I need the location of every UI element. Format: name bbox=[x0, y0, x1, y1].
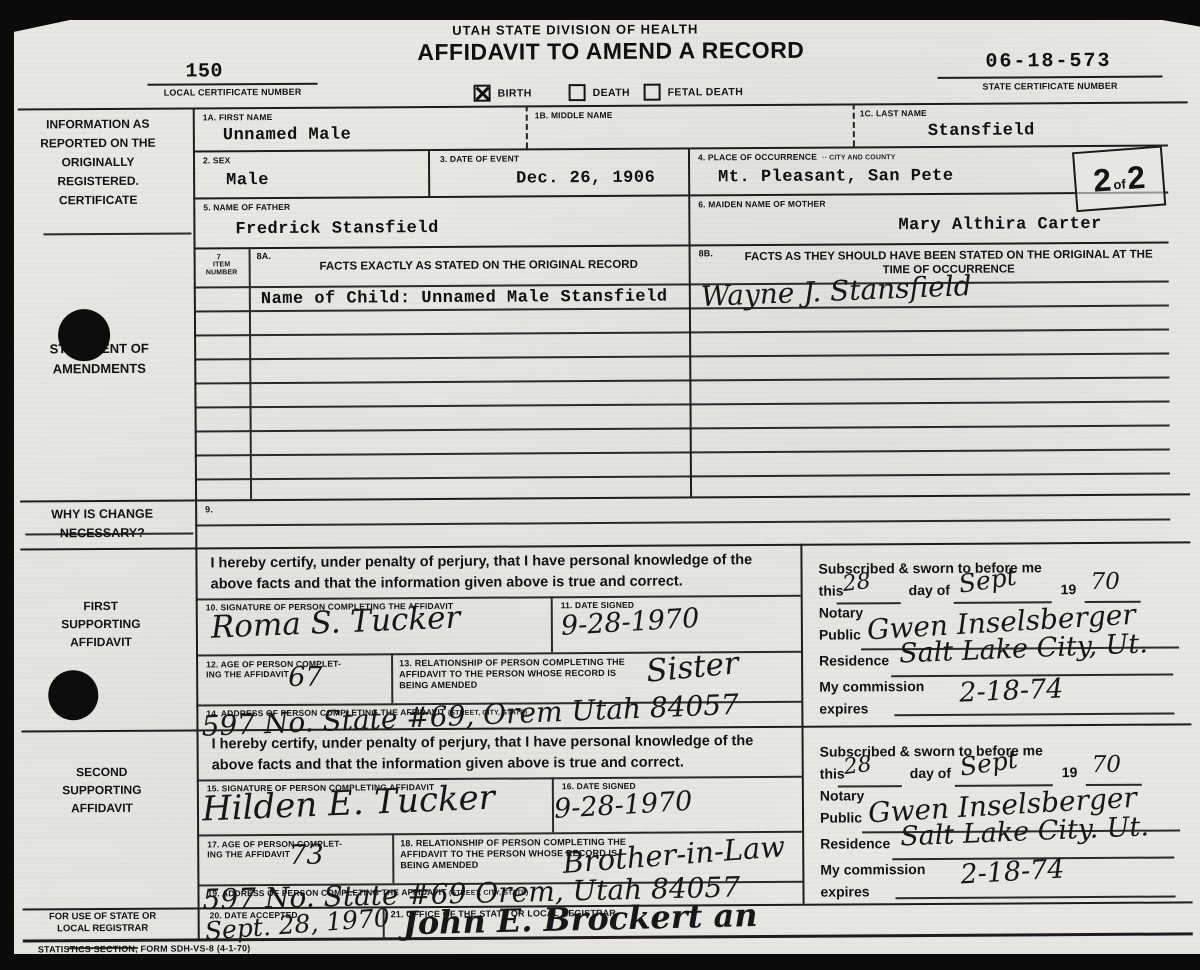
commission-label-1: My commission bbox=[819, 678, 924, 695]
notary-label-1: Notary bbox=[819, 604, 863, 620]
paper: UTAH STATE DIVISION OF HEALTH AFFIDAVIT … bbox=[14, 20, 1200, 954]
local-certificate-number: 150 bbox=[185, 60, 223, 83]
col-8b-number: 8B. bbox=[699, 248, 714, 258]
grid-line bbox=[194, 353, 1169, 360]
sex-label: 2. SEX bbox=[203, 155, 230, 165]
first-name-label: 1A. FIRST NAME bbox=[203, 112, 273, 122]
this-label-1: this bbox=[819, 583, 844, 599]
name-divider bbox=[853, 103, 857, 146]
side-label-why-change: WHY IS CHANGE NECESSARY? bbox=[22, 505, 182, 544]
local-certificate-label: LOCAL CERTIFICATE NUMBER bbox=[148, 87, 318, 98]
sworn-year-1: 70 bbox=[1091, 569, 1120, 595]
death-checkbox-label: DEATH bbox=[593, 86, 630, 98]
hole-punch bbox=[58, 309, 110, 361]
expires-value-2: 2-18-74 bbox=[960, 853, 1066, 890]
day-of-label-1: day of bbox=[909, 582, 950, 598]
col-8a-header: FACTS EXACTLY AS STATED ON THE ORIGINAL … bbox=[284, 258, 674, 274]
fetal-death-checkbox-icon bbox=[644, 84, 661, 101]
sworn-day-1: 28 bbox=[841, 569, 872, 597]
grid-line bbox=[194, 377, 1169, 384]
cell-divider bbox=[391, 653, 393, 703]
day-of-label-2: day of bbox=[910, 765, 951, 781]
row-line bbox=[197, 776, 802, 781]
year-prefix-2: 19 bbox=[1062, 764, 1078, 780]
grid-line bbox=[195, 425, 1170, 432]
grid-line bbox=[195, 473, 1170, 480]
date-of-event-label: 3. DATE OF EVENT bbox=[440, 153, 519, 163]
public-label-2: Public bbox=[820, 809, 862, 825]
father-name-value: Fredrick Stansfield bbox=[235, 219, 438, 239]
row-line bbox=[193, 145, 1168, 153]
relationship-1-value: Sister bbox=[645, 645, 741, 689]
side-column-divider bbox=[193, 107, 200, 938]
sworn-year-2: 70 bbox=[1092, 752, 1121, 778]
notary-label-2: Notary bbox=[820, 787, 864, 803]
name-divider bbox=[526, 105, 530, 148]
age-2-label-line2: ING THE AFFIDAVIT bbox=[207, 849, 290, 860]
checkbox-fetal-death: FETAL DEATH bbox=[644, 83, 744, 101]
item-column-divider bbox=[249, 247, 252, 499]
side-label-second-affidavit: SECOND SUPPORTING AFFIDAVIT bbox=[47, 763, 157, 818]
mother-name-label: 6. MAIDEN NAME OF MOTHER bbox=[698, 199, 825, 210]
stamp-current-page: 2 bbox=[1092, 161, 1113, 199]
agency-title: UTAH STATE DIVISION OF HEALTH bbox=[452, 21, 698, 38]
form-number-footer: STATISTICS SECTION, FORM SDH-VS-8 (4-1-7… bbox=[38, 943, 251, 954]
row-line bbox=[196, 595, 801, 600]
expires-label-2: expires bbox=[820, 883, 869, 899]
scan-edge-top bbox=[0, 0, 1200, 20]
expires-label-1: expires bbox=[819, 700, 868, 716]
expires-underline bbox=[896, 895, 1176, 898]
notary-column-divider bbox=[800, 544, 804, 904]
cell-divider bbox=[688, 147, 691, 244]
grid-line bbox=[194, 329, 1169, 336]
relationship-1-label: 13. RELATIONSHIP OF PERSON COMPLETING TH… bbox=[399, 657, 639, 691]
side-label-first-affidavit: FIRST SUPPORTING AFFIDAVIT bbox=[46, 597, 156, 652]
commission-label-2: My commission bbox=[820, 861, 925, 878]
first-name-value: Unnamed Male bbox=[223, 126, 352, 146]
date-signed-1-value: 9-28-1970 bbox=[560, 603, 700, 642]
col-8a-number: 8A. bbox=[257, 251, 272, 261]
hole-punch bbox=[48, 670, 98, 720]
side-label-registrar: FOR USE OF STATE OR LOCAL REGISTRAR bbox=[48, 911, 158, 936]
date-signed-2-value: 9-28-1970 bbox=[553, 786, 693, 825]
cell-divider bbox=[428, 149, 430, 196]
state-certificate-label: STATE CERTIFICATE NUMBER bbox=[938, 81, 1163, 92]
sworn-day-2: 28 bbox=[842, 752, 873, 780]
state-certificate-underline bbox=[938, 76, 1163, 79]
checkbox-birth: BIRTH bbox=[474, 84, 532, 101]
scan-edge-bottom bbox=[0, 954, 1200, 970]
amendments-header-line bbox=[194, 281, 1169, 288]
last-name-label: 1C. LAST NAME bbox=[860, 108, 927, 118]
scanned-document: UTAH STATE DIVISION OF HEALTH AFFIDAVIT … bbox=[0, 0, 1200, 970]
middle-name-label: 1B. MIDDLE NAME bbox=[535, 110, 613, 120]
notary-block-1: Subscribed & sworn to before me this 28 … bbox=[808, 554, 1199, 722]
certification-text-2: I hereby certify, under penalty of perju… bbox=[212, 731, 787, 777]
scan-edge-left bbox=[0, 0, 14, 970]
place-of-occurrence-value: Mt. Pleasant, San Pete bbox=[718, 167, 954, 187]
date-of-event-value: Dec. 26, 1906 bbox=[516, 169, 655, 189]
last-name-value: Stansfield bbox=[928, 121, 1035, 141]
page-stamp: 2 of 2 bbox=[1072, 145, 1166, 212]
side-label-original-info: INFORMATION AS REPORTED ON THE ORIGINALL… bbox=[38, 115, 159, 211]
cell-divider bbox=[392, 833, 394, 883]
local-certificate-underline bbox=[148, 83, 318, 86]
death-checkbox-icon bbox=[569, 84, 586, 101]
father-name-label: 5. NAME OF FATHER bbox=[203, 202, 290, 213]
item-col-label: ITEM NUMBER bbox=[197, 261, 247, 277]
age-1-value: 67 bbox=[288, 662, 323, 693]
row-line bbox=[193, 192, 1168, 200]
year-prefix-1: 19 bbox=[1061, 581, 1077, 597]
birth-checkbox-label: BIRTH bbox=[498, 87, 532, 99]
side-label-underline bbox=[43, 232, 191, 234]
facts-column-divider bbox=[689, 244, 693, 496]
place-label-sub: ·· CITY AND COUNTY bbox=[822, 154, 896, 161]
this-label-2: this bbox=[820, 766, 845, 782]
place-label-main: 4. PLACE OF OCCURRENCE bbox=[698, 152, 817, 163]
form-title: AFFIDAVIT TO AMEND A RECORD bbox=[417, 37, 804, 66]
fetal-death-checkbox-label: FETAL DEATH bbox=[668, 86, 744, 98]
certification-text-1: I hereby certify, under penalty of perju… bbox=[210, 550, 785, 596]
why-change-rule bbox=[195, 519, 1170, 526]
public-label-1: Public bbox=[819, 626, 861, 642]
affidavit-form: UTAH STATE DIVISION OF HEALTH AFFIDAVIT … bbox=[0, 0, 1200, 970]
age-1-label-line2: ING THE AFFIDAVIT bbox=[206, 669, 289, 680]
birth-checkbox-icon bbox=[474, 85, 491, 102]
sex-value: Male bbox=[226, 171, 269, 190]
residence-label-2: Residence bbox=[820, 835, 890, 851]
state-certificate-number: 06-18-573 bbox=[985, 50, 1111, 74]
stamp-of-text: of bbox=[1113, 176, 1126, 192]
grid-line bbox=[195, 401, 1170, 408]
notary-block-2: Subscribed & sworn to before me this 28 … bbox=[810, 737, 1200, 905]
checkbox-death: DEATH bbox=[569, 84, 630, 101]
residence-label-1: Residence bbox=[819, 652, 889, 668]
why-change-item-number: 9. bbox=[205, 504, 213, 514]
mother-name-value: Mary Althira Carter bbox=[898, 215, 1101, 235]
amendment-original-value: Name of Child: Unnamed Male Stansfield bbox=[261, 288, 668, 309]
expires-value-1: 2-18-74 bbox=[959, 673, 1064, 708]
age-2-value: 73 bbox=[289, 840, 324, 871]
cell-divider bbox=[551, 596, 553, 652]
expires-underline bbox=[894, 712, 1174, 715]
place-of-occurrence-label: 4. PLACE OF OCCURRENCE ·· CITY AND COUNT… bbox=[698, 151, 896, 164]
stamp-total-pages: 2 bbox=[1126, 158, 1147, 196]
grid-line bbox=[195, 449, 1170, 456]
